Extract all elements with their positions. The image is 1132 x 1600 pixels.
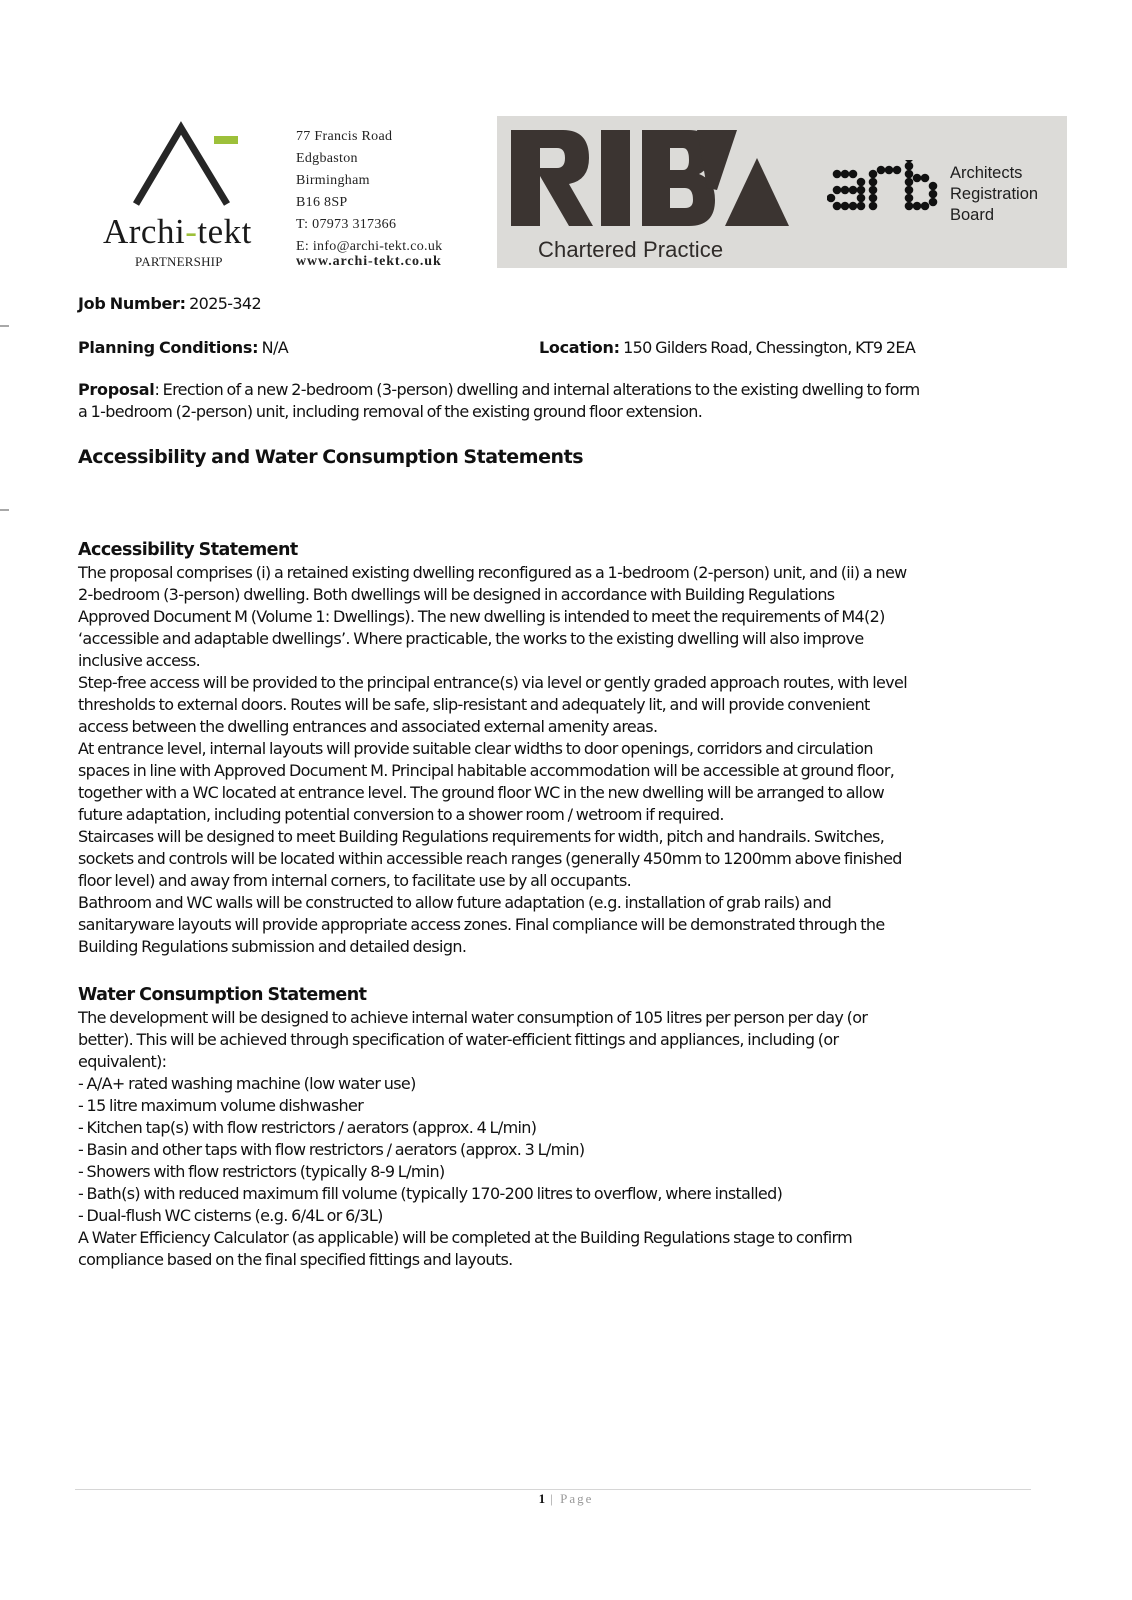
accessibility-line: floor level) and away from internal corn… <box>78 870 1038 892</box>
water-closing-line: A Water Efficiency Calculator (as applic… <box>78 1227 1038 1249</box>
company-name-part2: tekt <box>197 212 251 251</box>
riba-logo-icon <box>511 130 803 226</box>
accessibility-line: The proposal comprises (i) a retained ex… <box>78 562 1038 584</box>
website-link[interactable]: www.archi-tekt.co.uk <box>296 254 442 270</box>
accreditation-banner: Chartered Practice Architects Registrati… <box>497 116 1067 268</box>
proposal-text: : Erection of a new 2-bedroom (3-person)… <box>154 380 919 399</box>
accessibility-line: Approved Document M (Volume 1: Dwellings… <box>78 606 1038 628</box>
location-label: Location: <box>539 338 620 357</box>
accessibility-line: access between the dwelling entrances an… <box>78 716 1038 738</box>
arb-name-line: Registration <box>950 184 1038 205</box>
arb-logo-icon <box>827 160 939 226</box>
accessibility-line: Bathroom and WC walls will be constructe… <box>78 892 1038 914</box>
accessibility-line: ‘accessible and adaptable dwellings’. Wh… <box>78 628 1038 650</box>
accessibility-line: Building Regulations submission and deta… <box>78 936 1038 958</box>
riba-subtitle: Chartered Practice <box>538 237 723 263</box>
fitting-list-item: - Basin and other taps with flow restric… <box>78 1139 1038 1161</box>
address-line: Edgbaston <box>296 148 442 170</box>
job-number-value: 2025-342 <box>186 294 261 313</box>
arb-name: Architects Registration Board <box>950 163 1038 226</box>
location: Location: 150 Gilders Road, Chessington,… <box>539 337 915 359</box>
accessibility-line: Step-free access will be provided to the… <box>78 672 1038 694</box>
fold-mark <box>0 509 9 511</box>
arb-name-line: Architects <box>950 163 1038 184</box>
planning-conditions-label: Planning Conditions: <box>78 338 258 357</box>
accessibility-line: future adaptation, including potential c… <box>78 804 1038 826</box>
accessibility-line: spaces in line with Approved Document M.… <box>78 760 1038 782</box>
footer-divider <box>75 1489 1031 1490</box>
proposal-label: Proposal <box>78 380 154 399</box>
company-name-dash: - <box>185 212 197 251</box>
accessibility-line: sockets and controls will be located wit… <box>78 848 1038 870</box>
proposal-line: a 1-bedroom (2-person) unit, including r… <box>78 401 1038 423</box>
fitting-list-item: - 15 litre maximum volume dishwasher <box>78 1095 1038 1117</box>
page-label: | Page <box>545 1491 593 1506</box>
roof-icon <box>126 120 238 212</box>
accessibility-body: The proposal comprises (i) a retained ex… <box>78 562 1038 958</box>
location-value: 150 Gilders Road, Chessington, KT9 2EA <box>620 338 915 357</box>
water-heading: Water Consumption Statement <box>78 985 366 1005</box>
water-closing-line: compliance based on the final specified … <box>78 1249 1038 1271</box>
address-line: Birmingham <box>296 170 442 192</box>
company-name: Archi-tekt <box>103 212 252 252</box>
planning-conditions-value: N/A <box>258 338 288 357</box>
water-body: The development will be designed to achi… <box>78 1007 1038 1271</box>
proposal: Proposal: Erection of a new 2-bedroom (3… <box>78 379 1038 423</box>
fitting-list-item: - Kitchen tap(s) with flow restrictors /… <box>78 1117 1038 1139</box>
job-number-label: Job Number: <box>78 294 186 313</box>
phone-number: T: 07973 317366 <box>296 214 442 236</box>
fitting-list-item: - Bath(s) with reduced maximum fill volu… <box>78 1183 1038 1205</box>
company-name-part1: Archi <box>103 212 185 251</box>
page-number: 1 | Page <box>0 1491 1132 1507</box>
address-line: 77 Francis Road <box>296 126 442 148</box>
fitting-list-item: - A/A+ rated washing machine (low water … <box>78 1073 1038 1095</box>
company-address: 77 Francis Road Edgbaston Birmingham B16… <box>296 126 442 270</box>
accessibility-line: At entrance level, internal layouts will… <box>78 738 1038 760</box>
address-line: B16 8SP <box>296 192 442 214</box>
job-number: Job Number: 2025-342 <box>78 293 261 315</box>
planning-conditions: Planning Conditions: N/A <box>78 337 288 359</box>
accessibility-line: 2-bedroom (3-person) dwelling. Both dwel… <box>78 584 1038 606</box>
fold-mark <box>0 325 9 327</box>
water-intro-line: better). This will be achieved through s… <box>78 1029 1038 1051</box>
accessibility-line: thresholds to external doors. Routes wil… <box>78 694 1038 716</box>
accessibility-line: sanitaryware layouts will provide approp… <box>78 914 1038 936</box>
accessibility-line: Staircases will be designed to meet Buil… <box>78 826 1038 848</box>
proposal-line: Proposal: Erection of a new 2-bedroom (3… <box>78 379 1038 401</box>
arb-name-line: Board <box>950 205 1038 226</box>
fitting-list-item: - Dual-flush WC cisterns (e.g. 6/4L or 6… <box>78 1205 1038 1227</box>
company-subtitle: PARTNERSHIP <box>135 254 223 270</box>
page-title: Accessibility and Water Consumption Stat… <box>78 446 583 468</box>
accessibility-line: inclusive access. <box>78 650 1038 672</box>
water-intro-line: The development will be designed to achi… <box>78 1007 1038 1029</box>
accessibility-line: together with a WC located at entrance l… <box>78 782 1038 804</box>
fitting-list-item: - Showers with flow restrictors (typical… <box>78 1161 1038 1183</box>
water-intro-line: equivalent): <box>78 1051 1038 1073</box>
accessibility-heading: Accessibility Statement <box>78 540 298 560</box>
